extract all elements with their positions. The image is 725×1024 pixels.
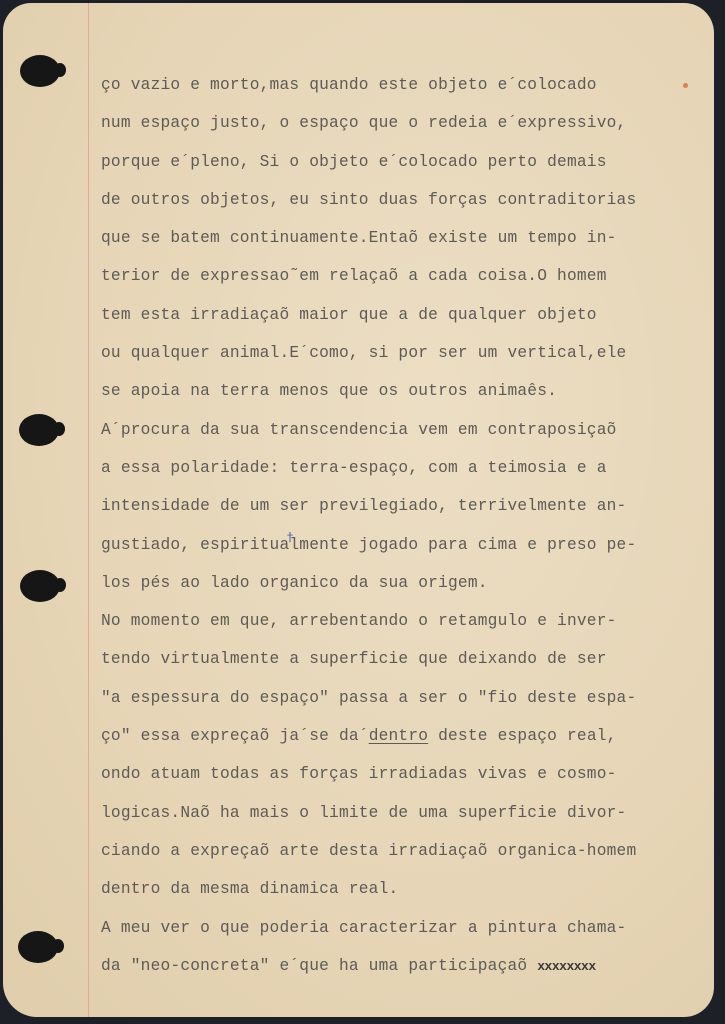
text-line: tendo virtualmente a superficie que deix… [101,644,636,682]
text-segment: deste espaço real, [428,727,616,745]
punch-hole [18,931,58,963]
punch-hole [20,570,60,602]
struck-out-text: xxxxxxxx [537,959,595,974]
text-line: A´procura da sua transcendencia vem em c… [101,415,636,453]
text-line: ço" essa expreçaõ ja´se da´dentro deste … [101,721,636,759]
text-line: dentro da mesma dinamica real. [101,874,636,912]
text-line: No momento em que, arrebentando o retamg… [101,606,636,644]
text-line: ciando a expreçaõ arte desta irradiaçaõ … [101,836,636,874]
margin-rule [88,3,89,1017]
text-line: ço vazio e morto,mas quando este objeto … [101,70,636,108]
text-line: terior de expressao˜em relaçaõ a cada co… [101,261,636,299]
underlined-word: dentro [369,727,429,745]
text-line: porque e´pleno, Si o objeto e´colocado p… [101,147,636,185]
text-line: num espaço justo, o espaço que o redeia … [101,108,636,146]
typed-body-text: ço vazio e morto,mas quando este objeto … [101,70,636,989]
text-line: a essa polaridade: terra-espaço, com a t… [101,453,636,491]
text-line: A meu ver o que poderia caracterizar a p… [101,913,636,951]
text-segment: ço" essa expreçaõ ja´se da´ [101,727,369,745]
ink-spot [683,83,688,88]
text-line: gustiado, espiritualmente jogado para ci… [101,530,636,568]
text-line: los pés ao lado organico da sua origem. [101,568,636,606]
punch-hole [19,414,59,446]
text-line: ondo atuam todas as forças irradiadas vi… [101,759,636,797]
punch-hole [20,55,60,87]
text-line: de outros objetos, eu sinto duas forças … [101,185,636,223]
text-line: logicas.Naõ ha mais o limite de uma supe… [101,798,636,836]
text-segment: da "neo-concreta" e´que ha uma participa… [101,957,537,975]
text-line: "a espessura do espaço" passa a ser o "f… [101,683,636,721]
text-line: ou qualquer animal.E´como, si por ser um… [101,338,636,376]
text-line: da "neo-concreta" e´que ha uma participa… [101,951,636,989]
text-line: que se batem continuamente.Entaõ existe … [101,223,636,261]
text-line: tem esta irradiaçaõ maior que a de qualq… [101,300,636,338]
text-line: intensidade de um ser previlegiado, terr… [101,491,636,529]
text-line: se apoia na terra menos que os outros an… [101,376,636,414]
